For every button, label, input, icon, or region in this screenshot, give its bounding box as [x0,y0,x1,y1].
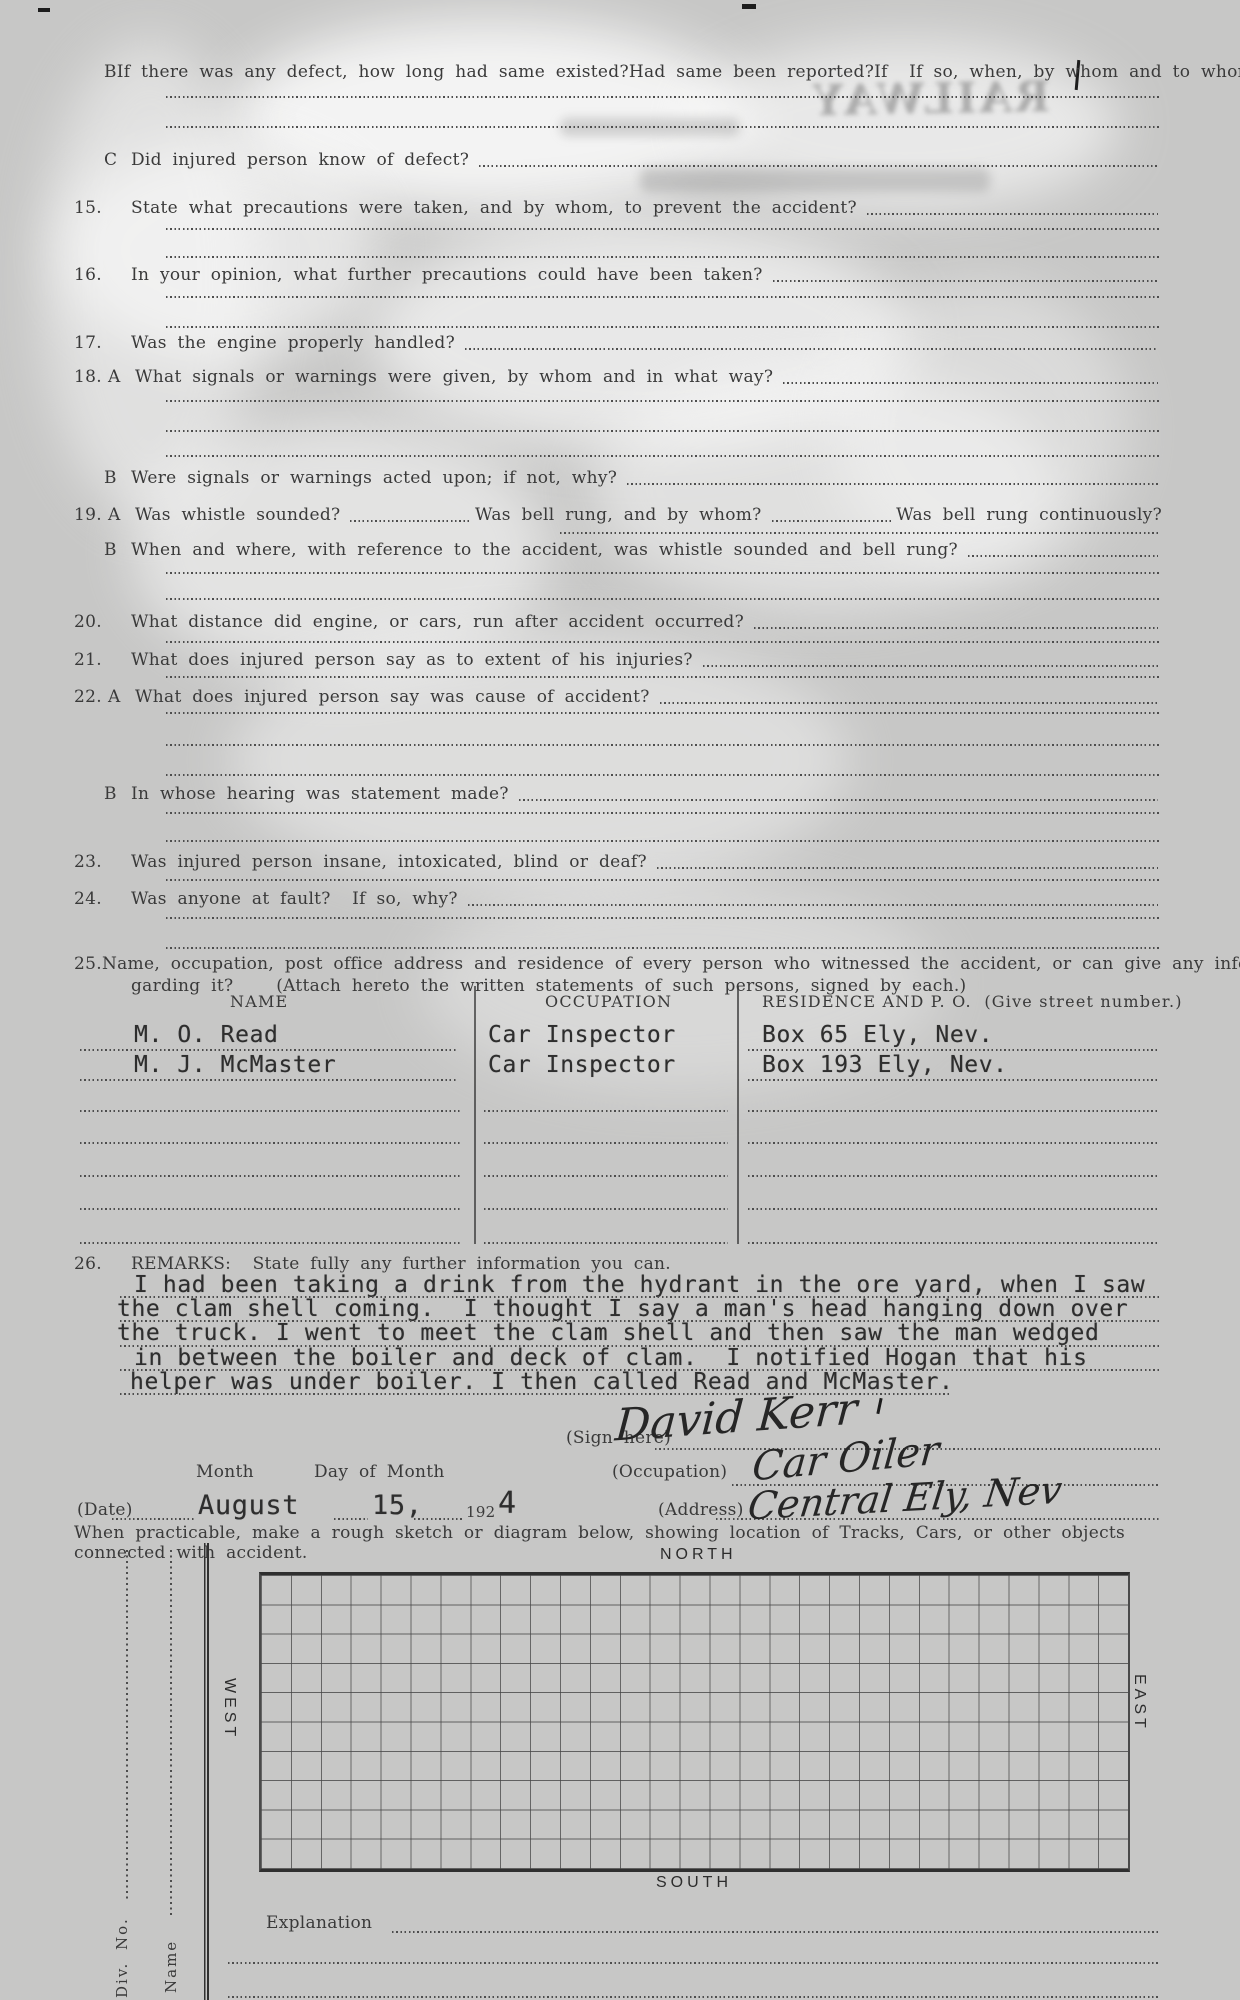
answer-line [166,774,1160,776]
question-15: 15. State what precautions were taken, a… [74,198,1162,218]
question-19a: 19. A Was whistle sounded? Was bell rung… [74,505,1162,525]
answer-line [166,744,1160,746]
answer-line [560,532,1160,534]
answer-line [166,947,1160,949]
answer-line [519,799,1158,801]
question-24: 24. Was anyone at fault? If so, why? [74,889,1162,909]
day-of-month-label: Day of Month [314,1462,445,1482]
question-text: Was bell rung continuously? [896,505,1162,525]
question-14b: B If there was any defect, how long had … [104,62,1162,82]
question-16: 16. In your opinion, what further precau… [74,265,1162,285]
table-rule [484,1142,728,1144]
question-text: Was injured person insane, intoxicated, … [131,852,647,872]
table-rule [80,1110,462,1112]
answer-line [166,572,1160,574]
table-rule [80,1079,458,1081]
question-text: Name, occupation, post office address an… [102,954,1240,974]
answer-line [867,213,1158,215]
month-label: Month [196,1462,254,1482]
margin-name-label: Name [161,1923,181,1993]
question-text: When and where, with reference to the ac… [131,540,958,560]
table-rule [748,1208,1158,1210]
question-number: 15. [74,198,131,218]
table-row: Box 193 Ely, Nev. [762,1052,1008,1078]
date-line [112,1518,196,1520]
question-text: Had same been reported? [629,62,874,82]
table-row: Car Inspector [488,1052,676,1078]
question-14c: C Did injured person know of defect? [104,150,1162,170]
table-rule [748,1079,1158,1081]
margin-dotted-rule [170,1550,172,1918]
table-rule [80,1175,462,1177]
answer-line [166,228,1160,230]
remarks-typed-line: the truck. I went to meet the clam shell… [117,1320,1099,1346]
answer-line [166,126,1160,128]
question-21: 21. What does injured person say as to e… [74,650,1162,670]
date-label: (Date) [77,1500,133,1520]
occupation-label: (Occupation) [612,1462,727,1482]
answer-line [660,702,1158,704]
question-number: 20. [74,612,131,632]
answer-line [468,904,1158,906]
table-row: Car Inspector [488,1022,676,1048]
table-rule [748,1175,1158,1177]
question-text: In your opinion, what further precaution… [131,265,763,285]
answer-line [166,812,1160,814]
question-17: 17. Was the engine properly handled? [74,333,1162,353]
sketch-grid [259,1572,1130,1872]
answer-line [350,520,471,522]
table-row: Box 65 Ely, Nev. [762,1022,993,1048]
question-number: 25. [74,954,102,974]
answer-line [627,483,1158,485]
compass-east-label: EAST [1130,1674,1148,1736]
answer-line [166,840,1160,842]
question-number: 17. [74,333,131,353]
bleed-through-band [640,168,990,192]
table-row: M. O. Read [134,1022,278,1048]
question-text: State what precautions were taken, and b… [131,198,857,218]
remarks-typed-line: in between the boiler and deck of clam. … [134,1345,1088,1371]
compass-south-label: SOUTH [656,1874,732,1892]
question-text: In whose hearing was statement made? [131,784,509,804]
margin-dotted-rule [126,1550,128,1902]
table-rule [748,1142,1158,1144]
table-row: M. J. McMaster [134,1052,336,1078]
table-rule [484,1110,728,1112]
answer-line [166,879,1160,881]
table-rule [484,1208,728,1210]
answer-line [465,348,1158,350]
question-text: What does injured person say was cause o… [135,687,650,707]
answer-line [773,280,1158,282]
compass-west-label: WEST [220,1678,238,1744]
explanation-line [392,1931,1160,1933]
compass-north-label: NORTH [660,1546,737,1564]
answer-line [166,455,1160,457]
question-text: Were signals or warnings acted upon; if … [131,468,617,488]
explanation-label: Explanation [266,1913,372,1933]
table-rule [484,1175,728,1177]
table-rule [80,1208,462,1210]
table-rule [80,1049,458,1051]
answer-line [166,917,1160,919]
question-letter: A [108,367,135,387]
question-letter: C [104,150,131,170]
question-text: Was anyone at fault? If so, why? [131,889,458,909]
question-letter: B [104,62,117,82]
question-letter: A [108,687,135,707]
question-23: 23. Was injured person insane, intoxicat… [74,852,1162,872]
answer-line [657,867,1158,869]
question-letter: B [104,784,131,804]
address-label: (Address) [658,1500,744,1520]
question-text: Did injured person know of defect? [131,150,469,170]
table-rule [748,1110,1158,1112]
table-rule [80,1142,462,1144]
answer-line [968,555,1158,557]
question-number: 23. [74,852,131,872]
question-text: What distance did engine, or cars, run a… [131,612,744,632]
date-line [334,1518,368,1520]
question-text: If there was any defect, how long had sa… [117,62,629,82]
signature-flourish [876,1398,882,1414]
answer-line [166,641,1160,643]
question-letter: B [104,468,131,488]
answer-line [166,326,1160,328]
answer-line [166,256,1160,258]
question-26: 26. REMARKS: State fully any further inf… [74,1254,1162,1274]
answer-line [166,430,1160,432]
scan-speck [742,4,756,9]
table-header-occupation: OCCUPATION [545,992,672,1011]
question-18b: B Were signals or warnings acted upon; i… [104,468,1162,488]
date-line [414,1518,464,1520]
answer-line [783,382,1158,384]
question-22b: B In whose hearing was statement made? [104,784,1162,804]
explanation-line [228,1962,1160,1964]
answer-line [166,676,1160,678]
answer-line [166,598,1160,600]
scan-speck [38,8,50,12]
answer-line [703,665,1158,667]
table-rule [748,1049,1158,1051]
question-number: 18. [74,367,108,387]
question-18a: 18. A What signals or warnings were give… [74,367,1162,387]
question-number: 24. [74,889,131,909]
question-text: If If so, when, by whom and to whom? [874,62,1240,82]
answer-line [166,712,1160,714]
question-number: 21. [74,650,131,670]
date-day-typed: 15, [372,1490,423,1521]
question-text: Was whistle sounded? [135,505,340,525]
question-letter: B [104,540,131,560]
table-column-divider [737,986,739,1244]
question-number: 19. [74,505,108,525]
question-text: What does injured person say as to exten… [131,650,693,670]
question-number: 22. [74,687,108,707]
remarks-label: REMARKS: [131,1254,231,1274]
answer-line [772,520,893,522]
answer-line [166,96,1160,98]
table-rule [748,1242,1158,1244]
answer-line [166,296,1160,298]
year-printed: 192 [466,1502,496,1522]
question-text: Was the engine properly handled? [131,333,455,353]
remarks-typed-line: I had been taking a drink from the hydra… [134,1272,1145,1298]
sketch-instruction: When practicable, make a rough sketch or… [74,1523,1160,1563]
explanation-line [228,1996,1160,1998]
answer-line [754,627,1158,629]
answer-line [166,400,1160,402]
question-25: 25. Name, occupation, post office addres… [74,954,1162,974]
answer-line [479,165,1158,167]
table-rule [484,1242,728,1244]
question-text: State fully any further information you … [253,1254,671,1274]
question-letter: A [108,505,135,525]
margin-double-rule [204,1543,209,2000]
table-rule [80,1242,462,1244]
date-month-typed: August [198,1490,299,1521]
question-19b: B When and where, with reference to the … [104,540,1162,560]
question-text: Was bell rung, and by whom? [475,505,762,525]
table-header-name: NAME [230,992,288,1011]
margin-div-no-label: Div. No. [112,1906,132,1998]
year-typed: 4 [498,1486,517,1521]
remarks-typed-line: the clam shell coming. I thought I say a… [117,1296,1128,1322]
scanned-accident-report-page: RAILWAY B If there was any defect, how l… [0,0,1240,2000]
question-20: 20. What distance did engine, or cars, r… [74,612,1162,632]
question-number: 26. [74,1254,131,1274]
table-column-divider [474,986,476,1244]
table-header-residence: RESIDENCE AND P. O. (Give street number.… [762,992,1183,1011]
question-text: What signals or warnings were given, by … [135,367,773,387]
question-22a: 22. A What does injured person say was c… [74,687,1162,707]
question-number: 16. [74,265,131,285]
